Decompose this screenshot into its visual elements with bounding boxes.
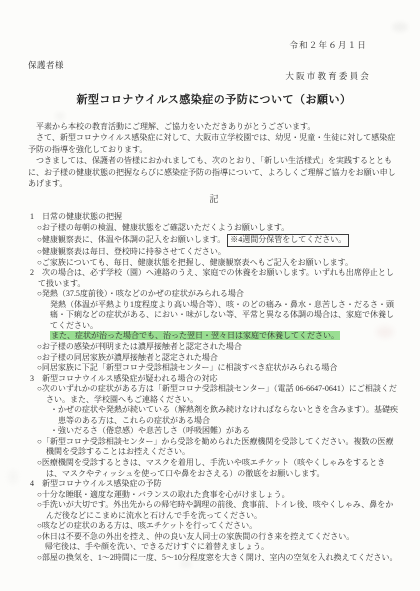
document-line: 1 日常の健康状態の把握 [28, 212, 400, 223]
scanned-letter-page: 令和２年６月１日 保護者様 大阪市教育委員会 新型コロナウイルス感染症の予防につ… [0, 0, 420, 591]
document-line: 発熱（体温が平熱より1度程度より高い場合等）、咳・のどの痛み・鼻水・息苦しさ・だ… [28, 300, 400, 332]
sender-organization: 大阪市教育委員会 [285, 71, 400, 81]
document-line: また、症状が治った場合でも、治った翌日・翌々日は家庭で休養してください。 [28, 331, 400, 342]
intro-paragraph: つきましては、保護者の皆様におかれましても、次のとおり、「新しい生活様式」を実践… [28, 155, 400, 189]
intro-paragraph: さて、新型コロナウイルス感染症に対して、大阪市立学校園では、幼児・児童・生徒に対… [28, 132, 400, 155]
document-line: 3 新型コロナウイルス感染症が疑われる場合の対応 [28, 374, 400, 385]
recipient-label: 保護者様 [28, 60, 64, 70]
boxed-note: ※4週間分保管をしてください。 [227, 234, 349, 248]
document-line: ○ご家族についても、毎日、健康状態を把握し、健康観察表へもご記入をお願いします。 [28, 258, 400, 269]
document-line: ○医療機関を受診するときは、マスクを着用し、手洗いや咳エチケット（咳やくしゃみを… [28, 458, 400, 479]
letter-content: 令和２年６月１日 保護者様 大阪市教育委員会 新型コロナウイルス感染症の予防につ… [28, 0, 400, 563]
document-line: ○次のいずれかの症状がある方は「新型コロナ受診相談センター」（電話 06-664… [28, 384, 400, 405]
document-line: ○お子様の同居家族が濃厚接触者と認定された場合 [28, 353, 400, 364]
document-line: ○休日は不要不急の外出を控え、仲の良い友人同士の家族間の行き来を控えてください。 [28, 532, 400, 543]
record-mark: 記 [28, 194, 400, 205]
document-line: ○手洗いが大切です。外出先からの帰宅時や調理の前後、食事前、トイレ後、咳やくしゃ… [28, 500, 400, 521]
document-line: ○咳などの症状のある方は、咳エチケットを行ってください。 [28, 521, 400, 532]
document-line: ○「新型コロナ受診相談センター」から受診を勧められた医療機関を受診してください。… [28, 437, 400, 458]
document-body: 1 日常の健康状態の把握○お子様の毎朝の検温、健康状態をご確認いただくようお願い… [28, 212, 400, 563]
intro-paragraphs: 平素から本校の教育活動にご理解、ご協力をいただきありがとうございます。さて、新型… [28, 121, 400, 189]
document-line: ○お子様の毎朝の検温、健康状態をご確認いただくようお願いします。 [28, 223, 400, 234]
intro-paragraph: 平素から本校の教育活動にご理解、ご協力をいただきありがとうございます。 [28, 121, 400, 132]
document-line: ○部屋の換気を、1～2時間に一度、5～10分程度窓を大きく開け、室内の空気を入れ… [28, 553, 400, 564]
document-title: 新型コロナウイルス感染症の予防について（お願い） [28, 93, 400, 108]
letter-date: 令和２年６月１日 [28, 40, 400, 50]
highlighted-note: また、症状が治った場合でも、治った翌日・翌々日は家庭で休養してください。 [50, 331, 340, 340]
scan-smudge [8, 470, 18, 484]
document-line: ・強いだるさ（倦怠感）や息苦しさ（呼吸困難）がある [28, 426, 400, 437]
document-line: 4 新型コロナウイルス感染症の予防 [28, 479, 400, 490]
document-line: 帰宅後は、手や顔を洗い、できるだけすぐに着替えましょう。 [28, 542, 400, 553]
address-row: 保護者様 大阪市教育委員会 [28, 60, 400, 81]
document-line: 2 次の場合は、必ず学校（園）へ連絡のうえ、家庭での休養をお願いします。いずれも… [28, 268, 400, 289]
document-line: ○同居家族に下記「新型コロナ受診相談センター」に相談すべき症状がみられる場合 [28, 363, 400, 374]
document-line: ・かぜの症状や発熱が続いている（解熱剤を飲み続けなければならないときを含みます）… [28, 405, 400, 426]
document-line: ○健康観察表に、体温や体調の記入をお願いします。※4週間分保管をしてください。 [28, 234, 400, 248]
document-line: ○お子様の感染が判明または濃厚接触者と認定された場合 [28, 342, 400, 353]
document-line: ○健康観察表は毎日、登校時に持参させてください。 [28, 247, 400, 258]
document-line: ○発熱（37.5度前後）・咳などのかぜの症状がみられる場合 [28, 289, 400, 300]
document-line: ○十分な睡眠・適度な運動・バランスの取れた食事を心がけましょう。 [28, 490, 400, 501]
